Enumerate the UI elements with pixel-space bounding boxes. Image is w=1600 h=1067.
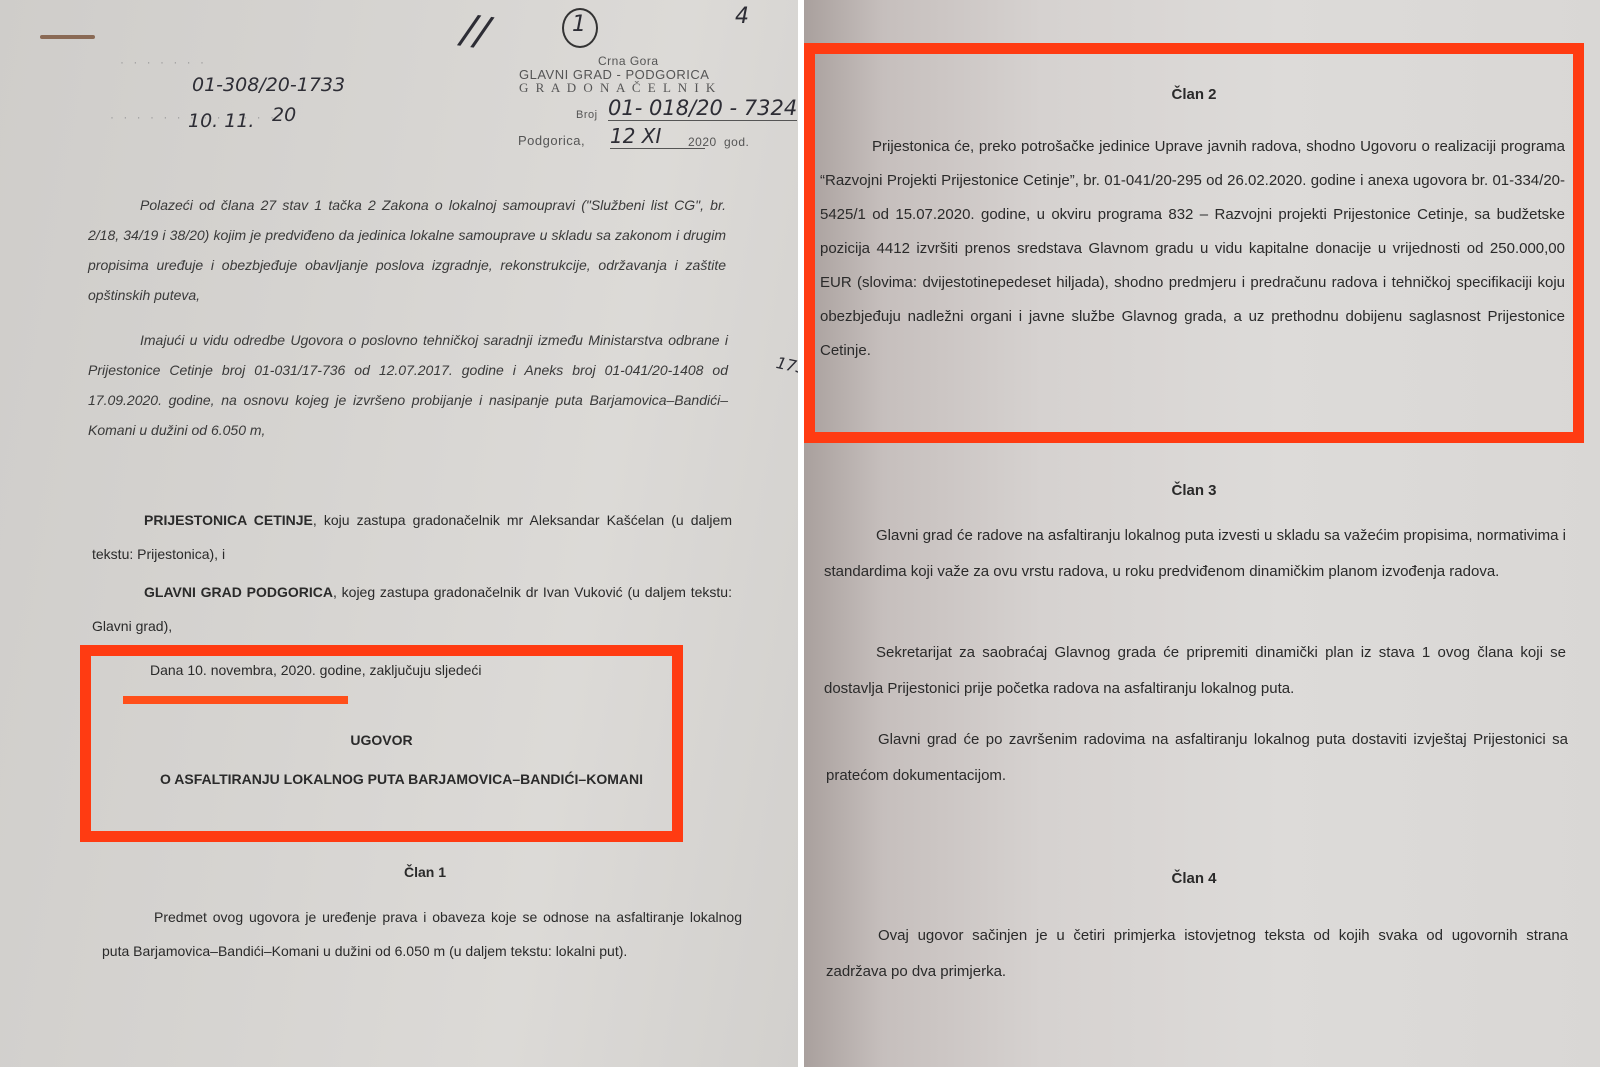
party-2: GLAVNI GRAD PODGORICA, kojeg zastupa gra…	[92, 575, 732, 643]
paper-mark	[40, 35, 95, 39]
article-1-text: Predmet ovog ugovora je uređenje prava i…	[102, 900, 742, 968]
document-page-right: Član 2 Prijestonica će, preko potrošačke…	[804, 0, 1600, 1067]
contract-subtitle: O ASFALTIRANJU LOKALNOG PUTA BARJAMOVICA…	[100, 771, 703, 787]
contract-title: UGOVOR	[80, 732, 683, 748]
incoming-year: 20	[272, 104, 296, 126]
slash-marks: //	[459, 6, 492, 55]
article-3-paragraph-2: Sekretarijat za saobraćaj Glavnog grada …	[824, 635, 1566, 707]
stamp-place-label: Podgorica,	[518, 133, 585, 148]
top-right-mark: 4	[735, 4, 749, 29]
stamp-number-label: Broj	[576, 109, 598, 121]
article-2-heading: Član 2	[804, 86, 1584, 103]
article-3-heading: Član 3	[804, 482, 1584, 499]
margin-note: 173	[774, 353, 798, 378]
party-2-name: GLAVNI GRAD PODGORICA	[144, 584, 333, 600]
incoming-reg-number: 01-308/20-1733	[192, 74, 345, 96]
article-4-text: Ovaj ugovor sačinjen je u četiri primjer…	[826, 918, 1568, 990]
article-3-paragraph-1: Glavni grad će radove na asfaltiranju lo…	[824, 518, 1566, 590]
article-3-paragraph-3: Glavni grad će po završenim radovima na …	[826, 722, 1568, 794]
stamp-office: G R A D O N A Č E L N I K	[519, 80, 717, 96]
date-underline	[123, 696, 348, 704]
party-1-name: PRIJESTONICA CETINJE	[144, 512, 313, 528]
incoming-date: 10. 11.	[188, 110, 254, 132]
preamble-paragraph-1: Polazeći od člana 27 stav 1 tačka 2 Zako…	[88, 190, 726, 310]
document-page-left: · · · · · · · · · · · · · · · · · · · · …	[0, 0, 798, 1067]
stamp-country: Crna Gora	[598, 54, 659, 68]
article-2-text: Prijestonica će, preko potrošačke jedini…	[820, 130, 1565, 368]
date-line: Dana 10. novembra, 2020. godine, zaključ…	[150, 662, 482, 678]
article-4-heading: Član 4	[804, 870, 1584, 887]
faded-stamp-text: · · · · · · ·	[120, 55, 207, 69]
article-1-heading: Član 1	[80, 864, 770, 880]
stamp-number-value: 01- 018/20 - 7324	[608, 96, 797, 121]
stamp-year: 2020	[688, 135, 717, 149]
stamp-year-suffix: god.	[724, 135, 749, 149]
page-number: 1	[572, 12, 586, 37]
preamble-paragraph-2: Imajući u vidu odredbe Ugovora o poslovn…	[88, 325, 728, 445]
party-1: PRIJESTONICA CETINJE, koju zastupa grado…	[92, 503, 732, 571]
